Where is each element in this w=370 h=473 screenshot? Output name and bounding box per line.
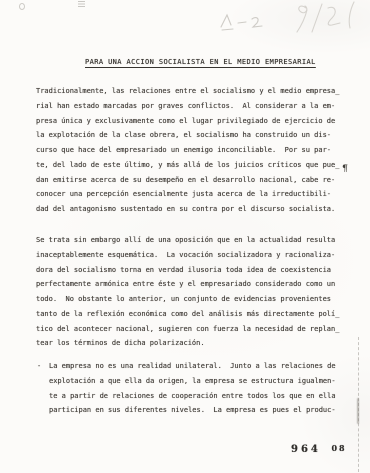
text-line: Tradicionalmente, las relaciones entre e… xyxy=(36,84,339,99)
text-line: dan emitirse acerca de su desempeño en e… xyxy=(36,173,339,188)
paragraph-2: Se trata sin embargo allí de una oposici… xyxy=(36,233,339,351)
text-line: todo. No obstante lo anterior, un conjun… xyxy=(36,292,339,307)
text-line: presa única y exclusivamente como el lug… xyxy=(36,114,339,129)
scan-speck-bars-icon xyxy=(78,1,85,7)
text-line: tear los términos de dicha polarización. xyxy=(36,336,339,351)
document-title: PARA UNA ACCION SOCIALISTA EN EL MEDIO E… xyxy=(85,58,316,66)
page-number-stamp: 964 08 xyxy=(291,437,347,456)
paragraph-1: Tradicionalmente, las relaciones entre e… xyxy=(36,84,339,217)
text-line: la explotación de la clase obrera, el so… xyxy=(36,128,339,143)
text-line: explotación a que ella da origen, la emp… xyxy=(49,374,336,389)
text-line: te a partir de relaciones de cooperación… xyxy=(49,389,336,404)
text-line: dad del antagonismo sustentado en su con… xyxy=(36,202,339,217)
text-line: tico del acontecer nacional, sugieren co… xyxy=(36,322,339,337)
scanned-page: PARA UNA ACCION SOCIALISTA EN EL MEDIO E… xyxy=(0,0,370,473)
bullet-dash: - xyxy=(37,359,41,374)
pencil-annotation-icon xyxy=(288,0,360,38)
text-line: tanto de la reflexión económica como del… xyxy=(36,307,339,322)
text-line: dora del socialismo torna en verdad ilus… xyxy=(36,263,339,278)
paragraph-3-bullet: - La empresa no es una realidad unilater… xyxy=(36,359,336,418)
text-line: curso que hace del empresariado un enemi… xyxy=(36,143,339,158)
text-line: conocer una percepción esencialmente jus… xyxy=(36,187,339,202)
text-line: te, del lado de este último, y más allá … xyxy=(36,158,339,173)
pencil-annotation-icon xyxy=(218,10,272,38)
text-line: participan en sus diferentes niveles. La… xyxy=(49,403,336,418)
scan-speck-icon xyxy=(19,3,25,10)
text-line: La empresa no es una realidad unilateral… xyxy=(49,359,336,374)
margin-mark: ¶ xyxy=(342,164,348,174)
stamp-number: 964 xyxy=(291,444,321,455)
text-line: inaceptablemente esquemática. La vocació… xyxy=(36,248,339,263)
scan-artifact-smudge xyxy=(357,398,359,424)
text-line: perfectamente armónica entre éste y el e… xyxy=(36,277,339,292)
text-line: Se trata sin embargo allí de una oposici… xyxy=(36,233,339,248)
stamp-suffix: 08 xyxy=(331,443,346,453)
text-line: rial han estado marcadas por graves conf… xyxy=(36,99,339,114)
